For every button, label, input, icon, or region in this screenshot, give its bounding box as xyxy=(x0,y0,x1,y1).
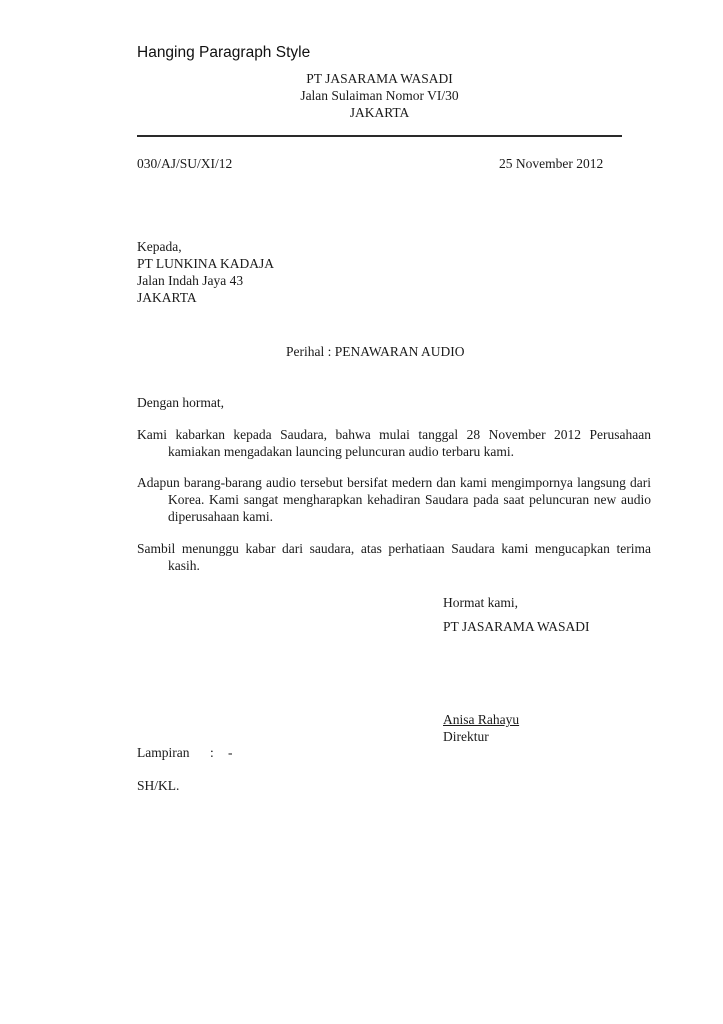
letterhead-address: Jalan Sulaiman Nomor VI/30 xyxy=(137,87,622,104)
greeting: Dengan hormat, xyxy=(137,394,224,411)
closing-company: PT JASARAMA WASADI xyxy=(443,618,590,635)
recipient-salutation: Kepada, xyxy=(137,238,274,255)
recipient-company: PT LUNKINA KADAJA xyxy=(137,255,274,272)
letterhead-company: PT JASARAMA WASADI xyxy=(137,70,622,87)
closing-phrase: Hormat kami, xyxy=(443,594,518,611)
attachment-separator: : xyxy=(210,744,214,761)
attachment-value: - xyxy=(228,744,233,761)
recipient-block: Kepada, PT LUNKINA KADAJA Jalan Indah Ja… xyxy=(137,238,274,306)
signer-name: Anisa Rahayu xyxy=(443,711,519,728)
body-paragraph-3: Sambil menunggu kabar dari saudara, atas… xyxy=(137,540,651,574)
body-paragraph-1: Kami kabarkan kepada Saudara, bahwa mula… xyxy=(137,426,651,460)
attachment-label: Lampiran xyxy=(137,744,189,761)
document-title: Hanging Paragraph Style xyxy=(137,44,310,62)
body-paragraph-2: Adapun barang-barang audio tersebut bers… xyxy=(137,474,651,525)
signer-title: Direktur xyxy=(443,728,489,745)
letterhead-divider xyxy=(137,135,622,137)
letter-date: 25 November 2012 xyxy=(499,155,603,172)
letterhead-city: JAKARTA xyxy=(137,104,622,121)
recipient-address: Jalan Indah Jaya 43 xyxy=(137,272,274,289)
subject-line: Perihal : PENAWARAN AUDIO xyxy=(286,343,465,360)
letterhead: PT JASARAMA WASADI Jalan Sulaiman Nomor … xyxy=(137,70,622,121)
reference-number: 030/AJ/SU/XI/12 xyxy=(137,155,232,172)
recipient-city: JAKARTA xyxy=(137,289,274,306)
initials: SH/KL. xyxy=(137,777,179,794)
